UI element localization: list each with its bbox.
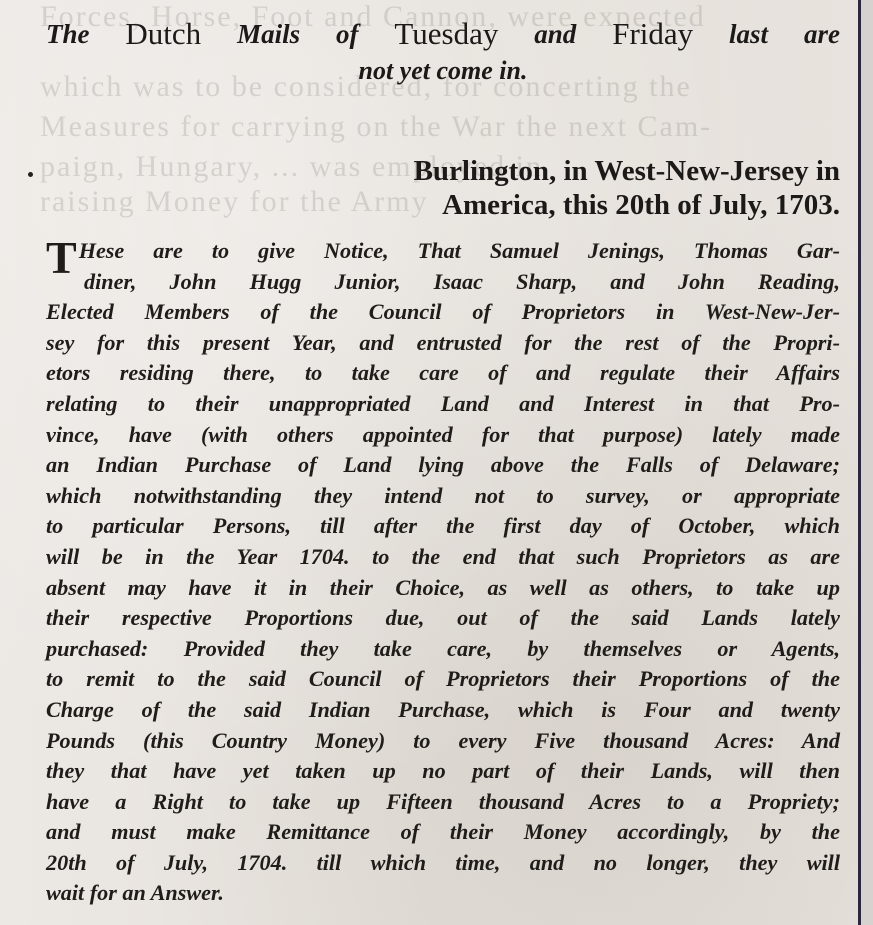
dateline: Burlington, in West-New-Jersey in Americ… [46,154,840,222]
word: are [804,14,840,54]
article-line: and must make Remittance of their Money … [46,817,840,848]
dateline-line1: Burlington, in West-New-Jersey in [46,154,840,188]
article-line: relating to their unappropriated Land an… [46,389,840,420]
article-line: have a Right to take up Fifteen thousand… [46,787,840,818]
page-margin [861,0,873,925]
article-line: purchased: Provided they take care, by t… [46,634,840,665]
article-line: which notwithstanding they intend not to… [46,481,840,512]
article-line: 20th of July, 1704. till which time, and… [46,848,840,879]
drop-cap: T [46,238,77,278]
article-line: their respective Proportions due, out of… [46,603,840,634]
article-line: wait for an Answer. [46,878,840,909]
word: last [729,14,768,54]
word: Tuesday [394,14,498,54]
article-line: vince, have (with others appointed for t… [46,420,840,451]
article-line: Charge of the said Indian Purchase, whic… [46,695,840,726]
article-line: absent may have it in their Choice, as w… [46,573,840,604]
dateline-line2: America, this 20th of July, 1703. [46,188,840,222]
article-line: etors residing there, to take care of an… [46,358,840,389]
word: Mails [237,14,300,54]
article-body: T Hese are to give Notice, That Samuel J… [46,236,840,909]
article-line: to particular Persons, till after the fi… [46,511,840,542]
article-line: sey for this present Year, and entrusted… [46,328,840,359]
article-line: will be in the Year 1704. to the end tha… [46,542,840,573]
word: and [534,14,576,54]
article-line: diner, John Hugg Junior, Isaac Sharp, an… [46,267,840,298]
dutch-mails-notice-line1: The Dutch Mails of Tuesday and Friday la… [46,14,840,54]
newspaper-column: The Dutch Mails of Tuesday and Friday la… [46,14,840,909]
printer-dot [28,172,33,177]
article-line: an Indian Purchase of Land lying above t… [46,450,840,481]
word: Friday [612,14,693,54]
dutch-mails-notice-line2: not yet come in. [46,54,840,88]
article-line: to remit to the said Council of Propriet… [46,664,840,695]
word: Dutch [125,14,201,54]
article-line: Elected Members of the Council of Propri… [46,297,840,328]
word: The [46,14,90,54]
article-line: Pounds (this Country Money) to every Fiv… [46,726,840,757]
article-line: Hese are to give Notice, That Samuel Jen… [46,236,840,267]
article-line: they that have yet taken up no part of t… [46,756,840,787]
word: of [336,14,359,54]
